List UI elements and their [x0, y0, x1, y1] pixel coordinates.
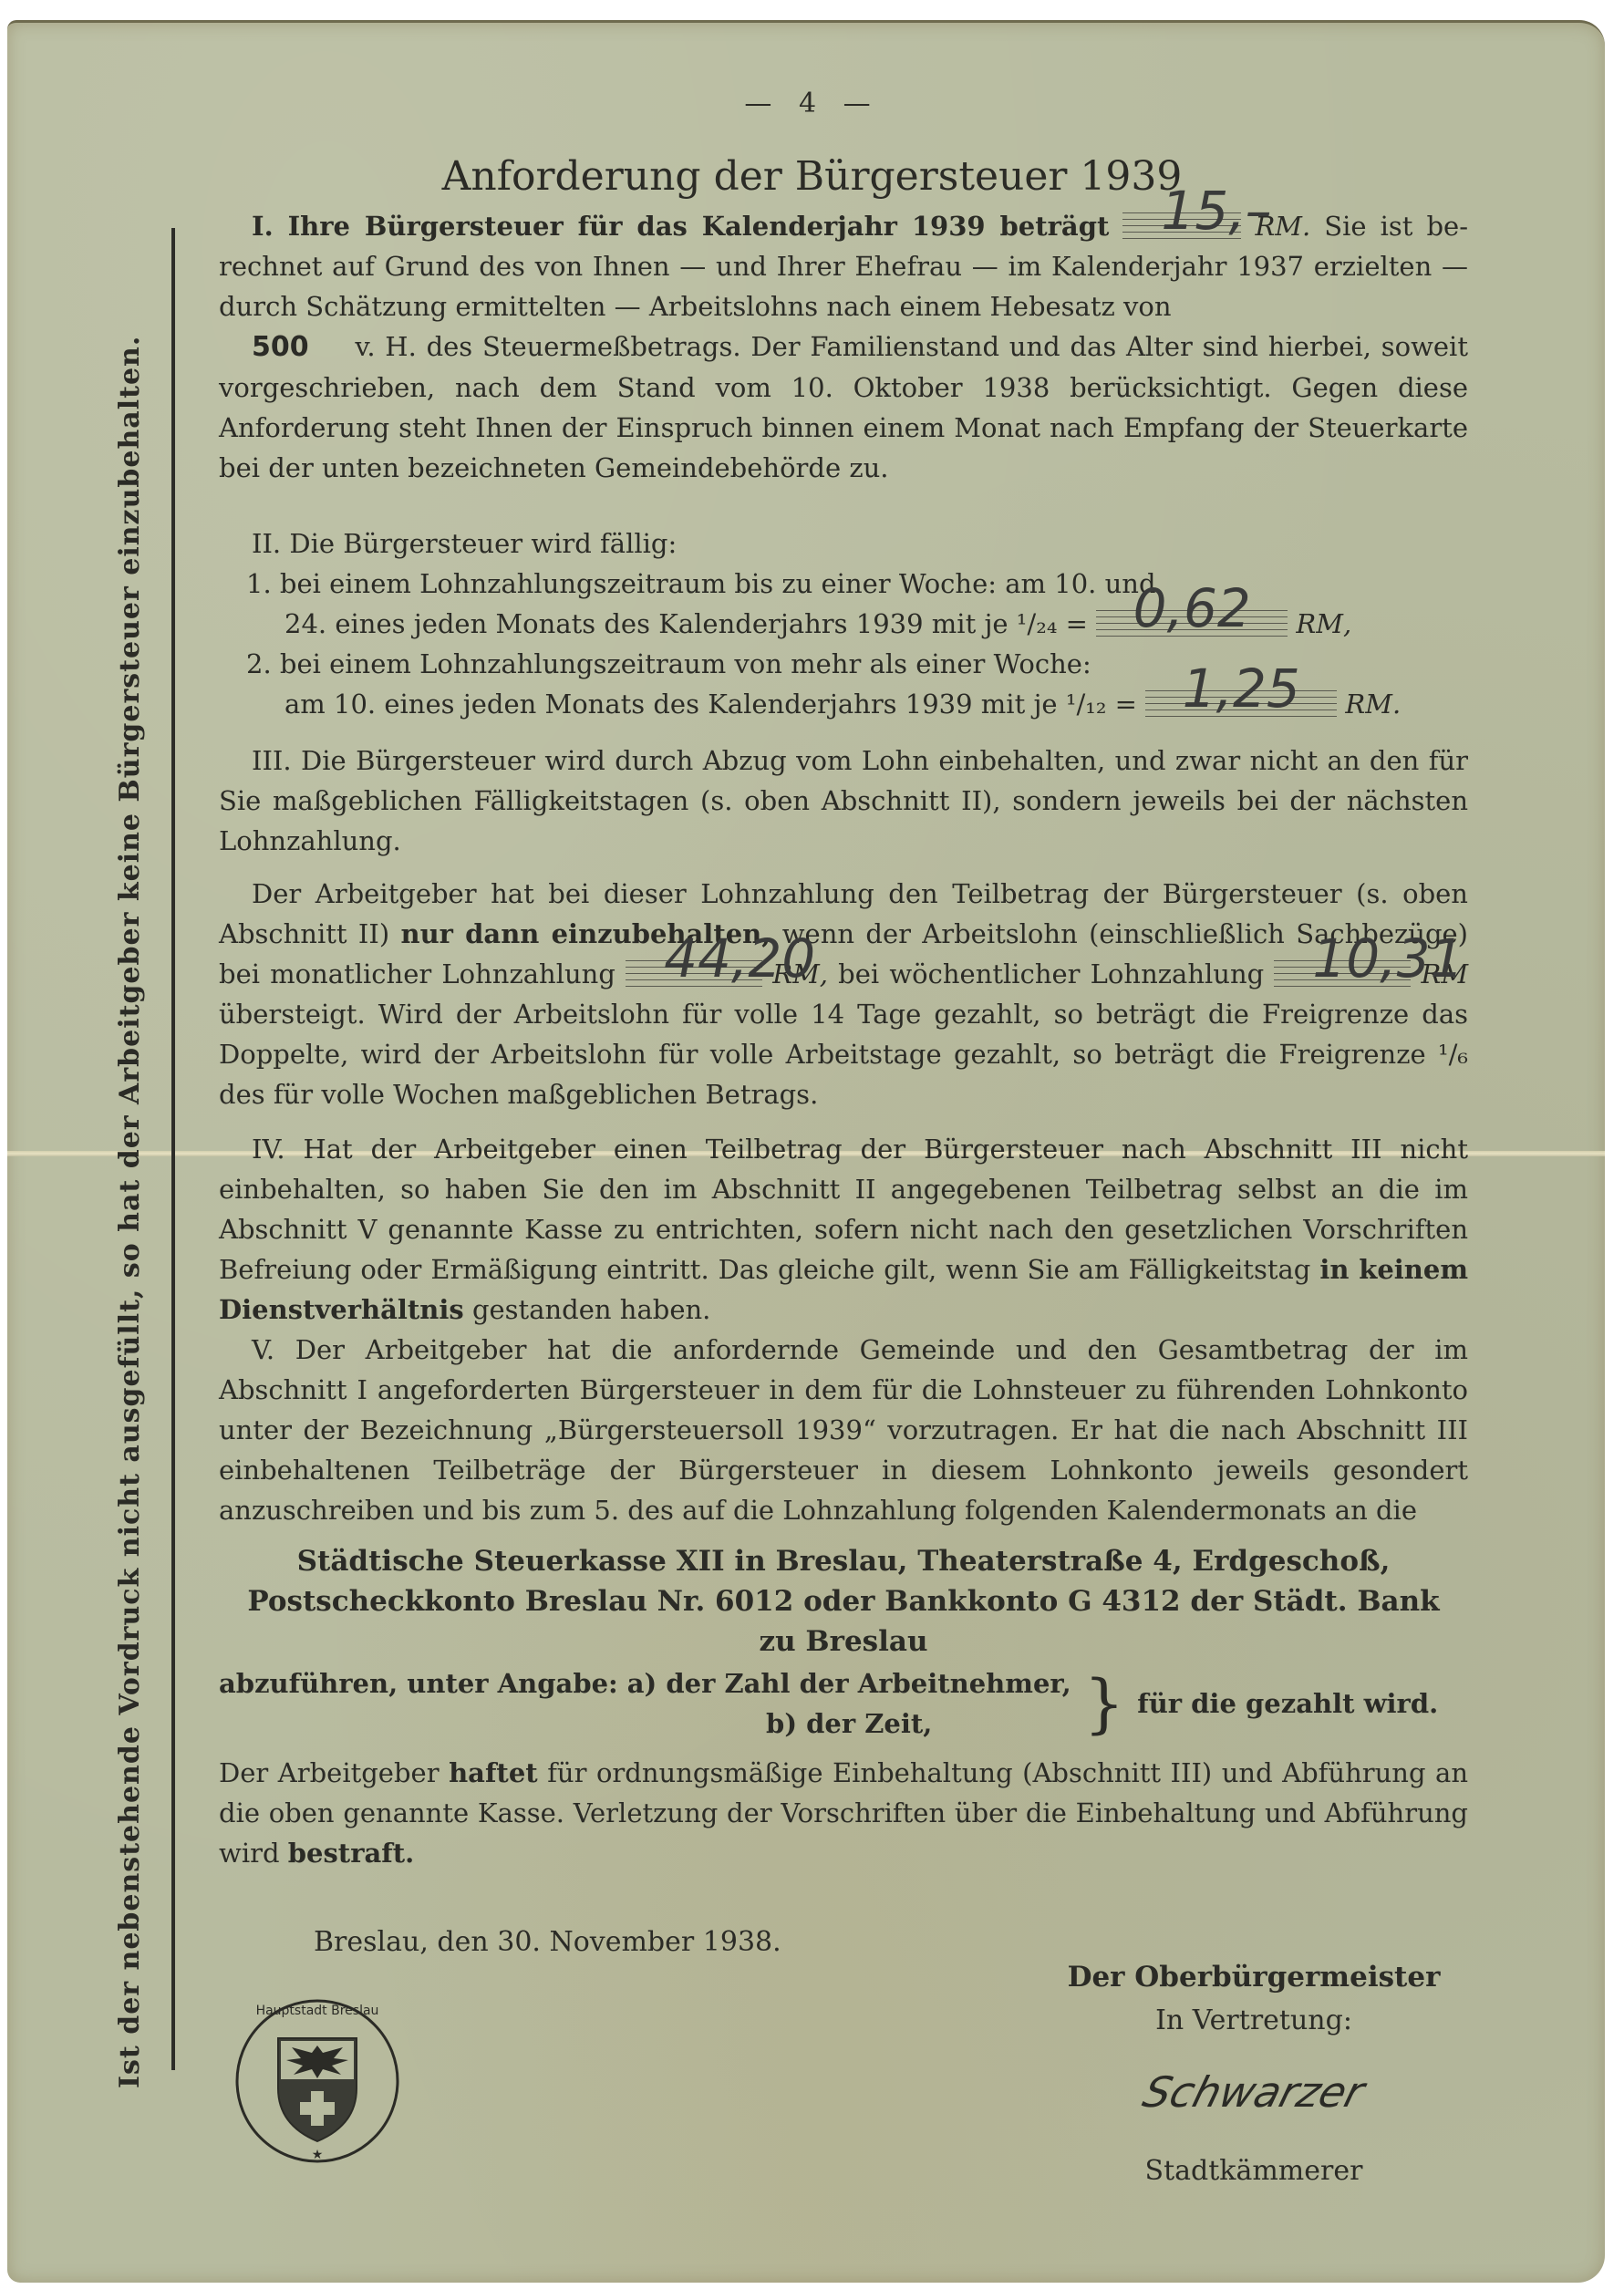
page-number: — 4 —	[0, 88, 1624, 119]
section-ii: II. Die Bürgersteuer wird fällig: 1. bei…	[219, 523, 1468, 724]
due-item-2-line2: am 10. eines jeden Monats des Kalenderja…	[219, 684, 1468, 724]
section-iii-text: III. Die Bürgersteuer wird durch Abzug v…	[219, 741, 1468, 861]
section-v-text: V. Der Arbeitgeber hat die anfordernde G…	[219, 1330, 1468, 1530]
sidebar-rule	[171, 228, 175, 2070]
place-date: Breslau, den 30. November 1938.	[314, 1926, 781, 1958]
section-i-text-3: v. H. des Steuermeßbetrags. Der Familien…	[219, 331, 1468, 483]
amount-field-total: 15,–	[1122, 212, 1241, 243]
hebesatz-value: 500	[252, 331, 309, 363]
section-i-text-2: rechnet auf Grund des von Ihnen — und Ih…	[219, 251, 1468, 322]
due-item-1-line2: 24. eines jeden Monats des Kalenderjahrs…	[219, 604, 1468, 644]
signatory-role: In Vertretung:	[1058, 2004, 1450, 2036]
document-title: Anforderung der Bürgersteuer 1939	[0, 153, 1624, 200]
handwritten-amount-total: 15,–	[1122, 192, 1241, 229]
section-iii: III. Die Bürgersteuer wird durch Abzug v…	[219, 741, 1468, 1114]
signature-block: Der Oberbürgermeister In Vertretung: Sch…	[1058, 1961, 1450, 2187]
signatory-title: Der Oberbürgermeister	[1058, 1961, 1450, 1994]
brace: }	[1084, 1676, 1125, 1731]
handwritten-amount-0-62: 0,62	[1096, 590, 1288, 627]
remittance-details: abzuführen, unter Angabe: a) der Zahl de…	[219, 1663, 1468, 1744]
city-seal-stamp: Hauptstadt Breslau ★	[231, 1993, 404, 2170]
svg-text:★: ★	[312, 2148, 324, 2162]
handwritten-amount-1-25: 1,25	[1145, 670, 1337, 707]
section-i: I. Ihre Bürgersteuer für das Kalenderjah…	[219, 206, 1468, 488]
amount-field-monthly-due: 1,25	[1145, 690, 1337, 721]
handwritten-signature: Schwarzer	[1051, 2067, 1456, 2117]
amount-field-monthly-limit: 44,20	[626, 960, 762, 991]
handwritten-amount-44-20: 44,20	[626, 940, 762, 977]
section-v: V. Der Arbeitgeber hat die anfordernde G…	[219, 1330, 1468, 1873]
section-i-lead: I. Ihre Bürgersteuer für das Kalenderjah…	[252, 211, 1109, 242]
section-ii-heading: II. Die Bürgersteuer wird fällig:	[219, 523, 1468, 564]
signatory-office: Stadtkämmerer	[1058, 2155, 1450, 2187]
amount-field-weekly-due: 0,62	[1096, 610, 1288, 641]
sidebar-notice: Ist der nebenstehende Vordruck nicht aus…	[114, 228, 169, 2088]
amount-field-weekly-limit: 10,31	[1274, 960, 1411, 991]
payee-address: Städtische Steuerkasse XII in Breslau, T…	[219, 1541, 1468, 1662]
section-i-text-1: Sie ist be-	[1324, 211, 1468, 242]
handwritten-amount-10-31: 10,31	[1274, 940, 1411, 977]
seal-text: Hauptstadt Breslau	[256, 2004, 379, 2018]
section-iv: IV. Hat der Arbeitgeber einen Teilbetrag…	[219, 1129, 1468, 1330]
